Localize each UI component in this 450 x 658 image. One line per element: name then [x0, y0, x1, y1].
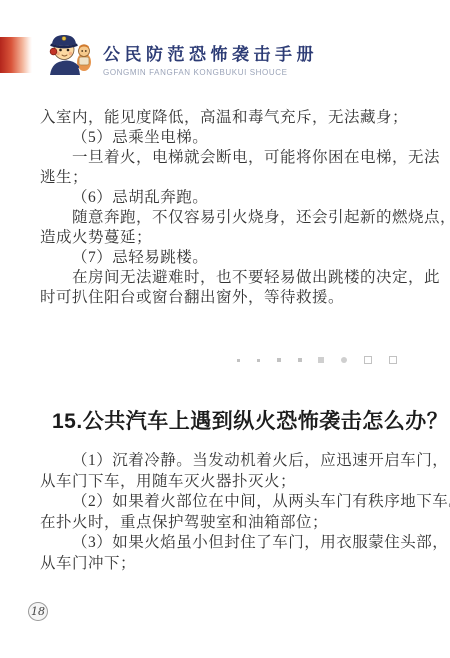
body-line: 入室内，能见度降低，高温和毒气充斥，无法藏身； [40, 108, 416, 128]
body-line: 逃生； [40, 168, 416, 188]
body-line: 时可扒住阳台或窗台翻出窗外，等待救援。 [40, 288, 416, 308]
section-divider [237, 354, 397, 366]
header-accent-bar [0, 37, 32, 73]
page-number-badge: 18 [28, 602, 48, 621]
body-line: 从车门下车，用随车灭火器扑灭火； [40, 472, 416, 493]
page-number: 18 [31, 605, 45, 618]
police-mascot-icon [44, 29, 98, 78]
divider-square-icon [257, 359, 260, 362]
body-line: 一旦着火，电梯就会断电，可能将你困在电梯，无法 [40, 148, 416, 168]
divider-square-icon [318, 357, 324, 363]
divider-square-icon [364, 356, 372, 364]
divider-square-icon [277, 358, 281, 362]
header-title-block: 公民防范恐怖袭击手册 GONGMIN FANGFAN KONGBUKUI SHO… [103, 40, 318, 77]
body-line: （7）忌轻易跳楼。 [40, 248, 416, 268]
body-line: 在扑火时，重点保护驾驶室和油箱部位； [40, 513, 416, 534]
body-line: （3）如果火焰虽小但封住了车门，用衣服蒙住头部， [40, 533, 416, 554]
body-line: 从车门冲下； [40, 554, 416, 575]
body-line: 在房间无法避难时，也不要轻易做出跳楼的决定，此 [40, 268, 416, 288]
body-line: （6）忌胡乱奔跑。 [40, 188, 416, 208]
body-text-block-2: （1）沉着冷静。当发动机着火后，应迅速开启车门， 从车门下车，用随车灭火器扑灭火… [40, 451, 416, 574]
body-line: （5）忌乘坐电梯。 [40, 128, 416, 148]
divider-square-icon [341, 357, 347, 363]
handbook-title: 公民防范恐怖袭击手册 [103, 40, 318, 65]
body-line: （1）沉着冷静。当发动机着火后，应迅速开启车门， [40, 451, 416, 472]
handbook-page: 公民防范恐怖袭击手册 GONGMIN FANGFAN KONGBUKUI SHO… [0, 0, 450, 658]
section-heading: 15.公共汽车上遇到纵火恐怖袭击怎么办？ [52, 405, 432, 435]
body-line: （2）如果着火部位在中间，从两头车门有秩序地下车。 [40, 492, 416, 513]
divider-square-icon [237, 359, 240, 362]
body-text-block-1: 入室内，能见度降低，高温和毒气充斥，无法藏身； （5）忌乘坐电梯。 一旦着火，电… [40, 108, 416, 308]
body-line: 造成火势蔓延； [40, 228, 416, 248]
divider-square-icon [298, 358, 302, 362]
divider-square-icon [389, 356, 397, 364]
handbook-subtitle: GONGMIN FANGFAN KONGBUKUI SHOUCE [103, 68, 318, 77]
body-line: 随意奔跑，不仅容易引火烧身，还会引起新的燃烧点， [40, 208, 416, 228]
